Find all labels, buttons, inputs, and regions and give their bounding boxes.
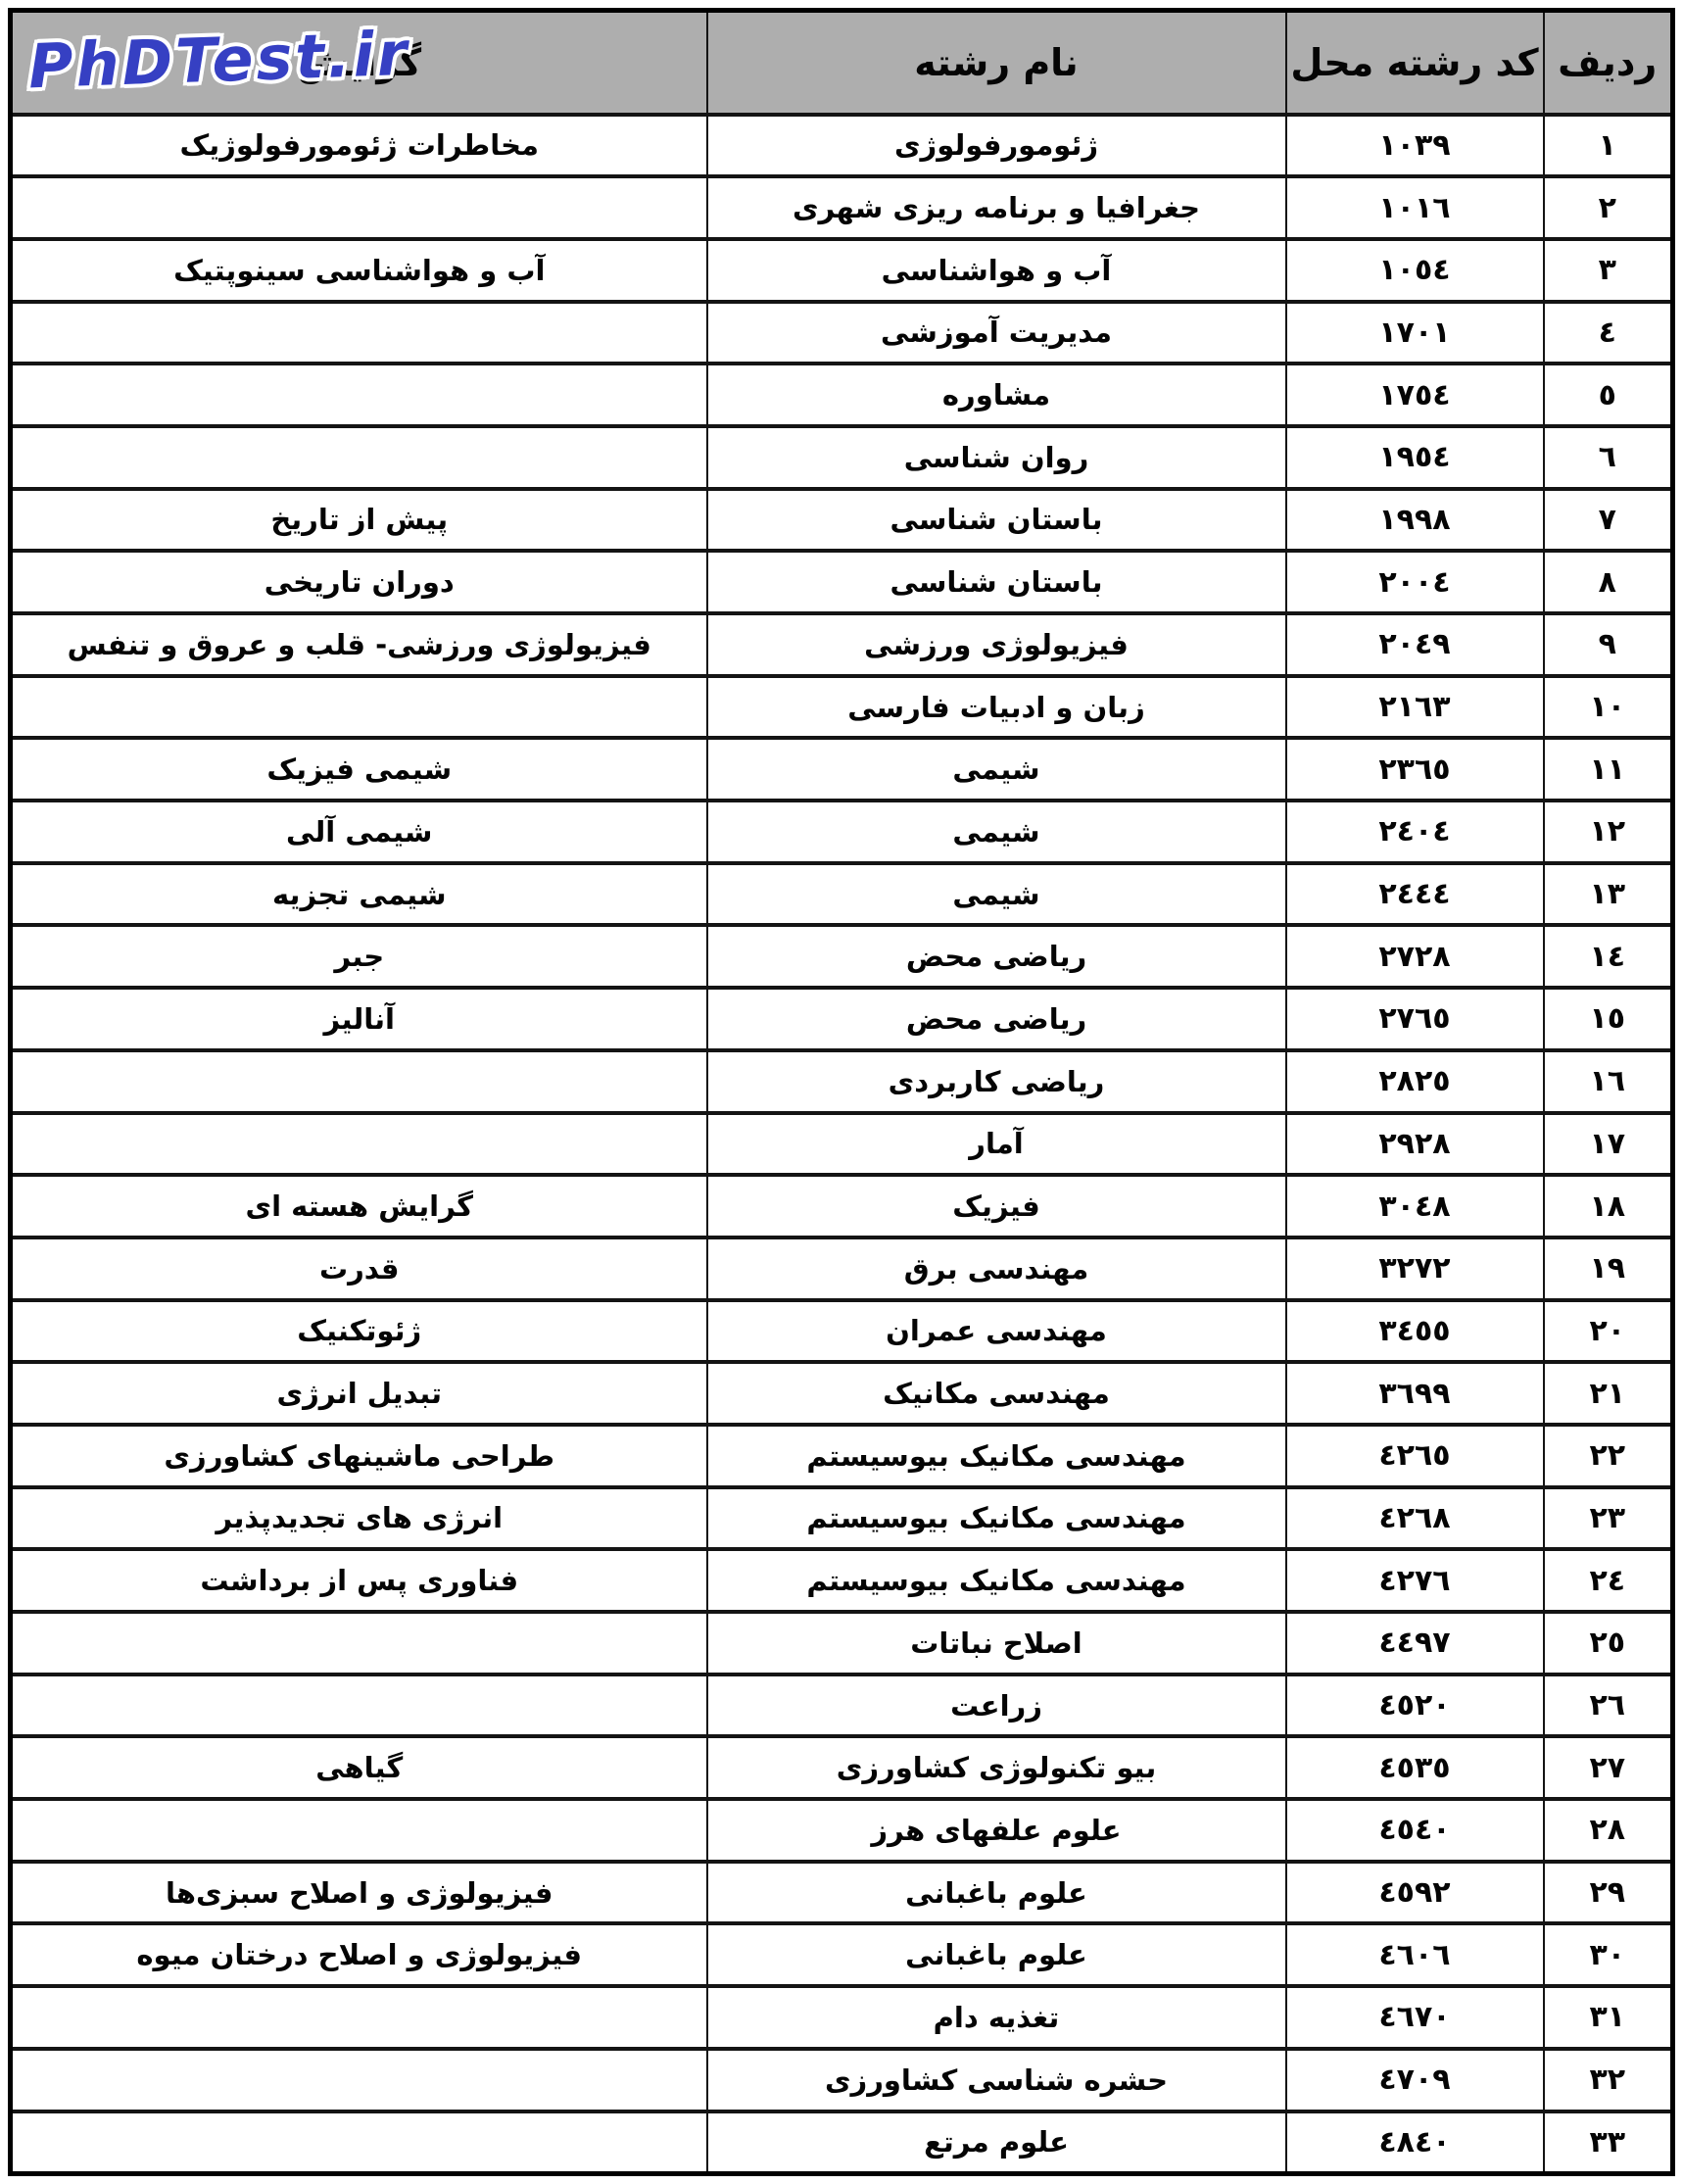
table-row: ٢٦ ٤٥٢٠ زراعت <box>11 1674 1673 1737</box>
cell-row-number: ١٤ <box>1544 925 1673 988</box>
cell-code: ٢١٦٣ <box>1286 676 1544 739</box>
cell-row-number: ١١ <box>1544 738 1673 801</box>
header-specialization: گرایش PhDTest.ir <box>11 11 707 115</box>
cell-specialization: فیزیولوژی و اصلاح سبزی‌ها <box>11 1862 707 1924</box>
table-row: ١٢ ٢٤٠٤ شیمی شیمی آلی <box>11 801 1673 863</box>
cell-field-name: علوم مرتع <box>707 2111 1286 2174</box>
table-row: ٢٩ ٤٥٩٢ علوم باغبانی فیزیولوژی و اصلاح س… <box>11 1862 1673 1924</box>
table-row: ٤ ١٧٠١ مدیریت آموزشی <box>11 302 1673 364</box>
cell-row-number: ١٢ <box>1544 801 1673 863</box>
cell-code: ٢٤٠٤ <box>1286 801 1544 863</box>
cell-field-name: ریاضی محض <box>707 925 1286 988</box>
table-row: ٢٤ ٤٢٧٦ مهندسی مکانیک بیوسیستم فناوری پس… <box>11 1549 1673 1612</box>
cell-specialization: قدرت <box>11 1238 707 1300</box>
table-row: ١٦ ٢٨٢٥ ریاضی کاربردی <box>11 1050 1673 1113</box>
cell-field-name: ژئومورفولوژی <box>707 115 1286 177</box>
table-row: ١٨ ٣٠٤٨ فیزیک گرایش هسته ای <box>11 1175 1673 1238</box>
cell-code: ٤٦٧٠ <box>1286 1986 1544 2049</box>
table-row: ٦ ١٩٥٤ روان شناسی <box>11 426 1673 489</box>
cell-code: ٢٧٦٥ <box>1286 988 1544 1050</box>
cell-specialization <box>11 1674 707 1737</box>
programs-table: ردیف کد رشته محل نام رشته گرایش PhDTest.… <box>8 8 1675 2176</box>
cell-specialization: فناوری پس از برداشت <box>11 1549 707 1612</box>
table-row: ١٤ ٢٧٢٨ ریاضی محض جبر <box>11 925 1673 988</box>
cell-specialization: شیمی آلی <box>11 801 707 863</box>
cell-code: ٢٩٢٨ <box>1286 1113 1544 1176</box>
cell-field-name: شیمی <box>707 863 1286 926</box>
table-row: ١٧ ٢٩٢٨ آمار <box>11 1113 1673 1176</box>
cell-row-number: ١٣ <box>1544 863 1673 926</box>
cell-specialization <box>11 176 707 239</box>
cell-specialization: فیزیولوژی و اصلاح درختان میوه <box>11 1923 707 1986</box>
document-page: ردیف کد رشته محل نام رشته گرایش PhDTest.… <box>0 0 1683 2184</box>
cell-field-name: شیمی <box>707 738 1286 801</box>
cell-code: ١٠٥٤ <box>1286 239 1544 302</box>
cell-field-name: تغذیه دام <box>707 1986 1286 2049</box>
cell-code: ١٠١٦ <box>1286 176 1544 239</box>
cell-code: ٤٥٩٢ <box>1286 1862 1544 1924</box>
cell-code: ١٧٠١ <box>1286 302 1544 364</box>
cell-row-number: ٧ <box>1544 489 1673 552</box>
cell-field-name: فیزیولوژی ورزشی <box>707 613 1286 676</box>
table-row: ٢٣ ٤٢٦٨ مهندسی مکانیک بیوسیستم انرژی های… <box>11 1487 1673 1550</box>
cell-row-number: ٦ <box>1544 426 1673 489</box>
cell-field-name: اصلاح نباتات <box>707 1612 1286 1674</box>
cell-code: ٢٣٦٥ <box>1286 738 1544 801</box>
cell-field-name: علوم باغبانی <box>707 1862 1286 1924</box>
table-row: ٢٢ ٤٢٦٥ مهندسی مکانیک بیوسیستم طراحی ماش… <box>11 1425 1673 1487</box>
table-row: ٣٣ ٤٨٤٠ علوم مرتع <box>11 2111 1673 2174</box>
cell-specialization <box>11 426 707 489</box>
cell-row-number: ٢١ <box>1544 1362 1673 1425</box>
table-row: ٥ ١٧٥٤ مشاوره <box>11 364 1673 426</box>
cell-row-number: ٢٠ <box>1544 1300 1673 1363</box>
cell-row-number: ٢٧ <box>1544 1736 1673 1799</box>
cell-code: ٣٢٧٢ <box>1286 1238 1544 1300</box>
cell-row-number: ٢٦ <box>1544 1674 1673 1737</box>
cell-specialization <box>11 1113 707 1176</box>
table-row: ١٣ ٢٤٤٤ شیمی شیمی تجزیه <box>11 863 1673 926</box>
cell-row-number: ٢٢ <box>1544 1425 1673 1487</box>
cell-specialization <box>11 1799 707 1862</box>
cell-specialization: گیاهی <box>11 1736 707 1799</box>
cell-code: ٤٤٩٧ <box>1286 1612 1544 1674</box>
cell-row-number: ١٥ <box>1544 988 1673 1050</box>
table-row: ١ ١٠٣٩ ژئومورفولوژی مخاطرات ژئومورفولوژی… <box>11 115 1673 177</box>
cell-field-name: زراعت <box>707 1674 1286 1737</box>
cell-specialization: شیمی تجزیه <box>11 863 707 926</box>
cell-row-number: ٢ <box>1544 176 1673 239</box>
cell-field-name: باستان شناسی <box>707 551 1286 613</box>
cell-code: ١٠٣٩ <box>1286 115 1544 177</box>
table-body: ١ ١٠٣٩ ژئومورفولوژی مخاطرات ژئومورفولوژی… <box>11 115 1673 2174</box>
cell-specialization: آب و هواشناسی سینوپتیک <box>11 239 707 302</box>
table-row: ٢ ١٠١٦ جغرافیا و برنامه ریزی شهری <box>11 176 1673 239</box>
cell-row-number: ٢٤ <box>1544 1549 1673 1612</box>
table-row: ٢٥ ٤٤٩٧ اصلاح نباتات <box>11 1612 1673 1674</box>
cell-specialization <box>11 1050 707 1113</box>
cell-field-name: مدیریت آموزشی <box>707 302 1286 364</box>
cell-specialization: پیش از تاریخ <box>11 489 707 552</box>
cell-field-name: مهندسی مکانیک بیوسیستم <box>707 1425 1286 1487</box>
cell-field-name: مشاوره <box>707 364 1286 426</box>
cell-field-name: علوم باغبانی <box>707 1923 1286 1986</box>
cell-row-number: ٢٩ <box>1544 1862 1673 1924</box>
cell-specialization: ژئوتکنیک <box>11 1300 707 1363</box>
table-row: ٣٠ ٤٦٠٦ علوم باغبانی فیزیولوژی و اصلاح د… <box>11 1923 1673 1986</box>
cell-code: ٢٨٢٥ <box>1286 1050 1544 1113</box>
cell-code: ٤٧٠٩ <box>1286 2049 1544 2111</box>
cell-code: ٢٧٢٨ <box>1286 925 1544 988</box>
cell-row-number: ٣٢ <box>1544 2049 1673 2111</box>
cell-field-name: ریاضی محض <box>707 988 1286 1050</box>
cell-code: ٤٢٦٥ <box>1286 1425 1544 1487</box>
cell-code: ١٩٥٤ <box>1286 426 1544 489</box>
cell-specialization: دوران تاریخی <box>11 551 707 613</box>
cell-specialization: گرایش هسته ای <box>11 1175 707 1238</box>
cell-field-name: فیزیک <box>707 1175 1286 1238</box>
cell-specialization: فیزیولوژی ورزشی- قلب و عروق و تنفس <box>11 613 707 676</box>
cell-row-number: ١ <box>1544 115 1673 177</box>
cell-code: ٤٥٣٥ <box>1286 1736 1544 1799</box>
table-row: ٢١ ٣٦٩٩ مهندسی مکانیک تبدیل انرژی <box>11 1362 1673 1425</box>
cell-code: ١٩٩٨ <box>1286 489 1544 552</box>
cell-row-number: ١٠ <box>1544 676 1673 739</box>
cell-row-number: ٣٠ <box>1544 1923 1673 1986</box>
cell-code: ١٧٥٤ <box>1286 364 1544 426</box>
cell-row-number: ٣ <box>1544 239 1673 302</box>
table-row: ٩ ٢٠٤٩ فیزیولوژی ورزشی فیزیولوژی ورزشی- … <box>11 613 1673 676</box>
cell-code: ٣٠٤٨ <box>1286 1175 1544 1238</box>
cell-code: ٣٦٩٩ <box>1286 1362 1544 1425</box>
table-row: ٧ ١٩٩٨ باستان شناسی پیش از تاریخ <box>11 489 1673 552</box>
cell-code: ٤٦٠٦ <box>1286 1923 1544 1986</box>
cell-specialization: جبر <box>11 925 707 988</box>
table-row: ٣١ ٤٦٧٠ تغذیه دام <box>11 1986 1673 2049</box>
table-row: ١٥ ٢٧٦٥ ریاضی محض آنالیز <box>11 988 1673 1050</box>
cell-row-number: ١٦ <box>1544 1050 1673 1113</box>
cell-field-name: زبان و ادبیات فارسی <box>707 676 1286 739</box>
cell-specialization: مخاطرات ژئومورفولوژیک <box>11 115 707 177</box>
cell-field-name: جغرافیا و برنامه ریزی شهری <box>707 176 1286 239</box>
cell-field-name: علوم علفهای هرز <box>707 1799 1286 1862</box>
table-row: ١٩ ٣٢٧٢ مهندسی برق قدرت <box>11 1238 1673 1300</box>
cell-field-name: مهندسی عمران <box>707 1300 1286 1363</box>
cell-code: ٤٥٢٠ <box>1286 1674 1544 1737</box>
table-row: ١٠ ٢١٦٣ زبان و ادبیات فارسی <box>11 676 1673 739</box>
cell-specialization: تبدیل انرژی <box>11 1362 707 1425</box>
cell-field-name: بیو تکنولوژی کشاورزی <box>707 1736 1286 1799</box>
header-field-name: نام رشته <box>707 11 1286 115</box>
table-row: ٢٨ ٤٥٤٠ علوم علفهای هرز <box>11 1799 1673 1862</box>
cell-row-number: ١٧ <box>1544 1113 1673 1176</box>
cell-field-name: حشره شناسی کشاورزی <box>707 2049 1286 2111</box>
header-code: کد رشته محل <box>1286 11 1544 115</box>
cell-specialization <box>11 1612 707 1674</box>
header-row-number: ردیف <box>1544 11 1673 115</box>
cell-code: ٤٥٤٠ <box>1286 1799 1544 1862</box>
cell-row-number: ١٩ <box>1544 1238 1673 1300</box>
cell-code: ٢٠٠٤ <box>1286 551 1544 613</box>
cell-row-number: ٥ <box>1544 364 1673 426</box>
cell-row-number: ٤ <box>1544 302 1673 364</box>
table-row: ٢٠ ٣٤٥٥ مهندسی عمران ژئوتکنیک <box>11 1300 1673 1363</box>
header-row: ردیف کد رشته محل نام رشته گرایش PhDTest.… <box>11 11 1673 115</box>
cell-specialization: طراحی ماشینهای کشاورزی <box>11 1425 707 1487</box>
cell-field-name: مهندسی مکانیک بیوسیستم <box>707 1549 1286 1612</box>
cell-code: ٢٠٤٩ <box>1286 613 1544 676</box>
cell-field-name: باستان شناسی <box>707 489 1286 552</box>
cell-field-name: مهندسی مکانیک بیوسیستم <box>707 1487 1286 1550</box>
cell-field-name: آب و هواشناسی <box>707 239 1286 302</box>
cell-field-name: شیمی <box>707 801 1286 863</box>
cell-specialization <box>11 2111 707 2174</box>
cell-row-number: ٢٥ <box>1544 1612 1673 1674</box>
cell-row-number: ٢٣ <box>1544 1487 1673 1550</box>
table-row: ٨ ٢٠٠٤ باستان شناسی دوران تاریخی <box>11 551 1673 613</box>
cell-code: ٣٤٥٥ <box>1286 1300 1544 1363</box>
table-row: ١١ ٢٣٦٥ شیمی شیمی فیزیک <box>11 738 1673 801</box>
cell-row-number: ٩ <box>1544 613 1673 676</box>
table-row: ٢٧ ٤٥٣٥ بیو تکنولوژی کشاورزی گیاهی <box>11 1736 1673 1799</box>
cell-code: ٤٨٤٠ <box>1286 2111 1544 2174</box>
cell-specialization <box>11 302 707 364</box>
phdtest-logo: PhDTest.ir <box>27 18 411 103</box>
cell-row-number: ٨ <box>1544 551 1673 613</box>
cell-row-number: ٣١ <box>1544 1986 1673 2049</box>
cell-row-number: ٣٣ <box>1544 2111 1673 2174</box>
cell-code: ٢٤٤٤ <box>1286 863 1544 926</box>
cell-specialization: آنالیز <box>11 988 707 1050</box>
cell-field-name: آمار <box>707 1113 1286 1176</box>
cell-code: ٤٢٧٦ <box>1286 1549 1544 1612</box>
cell-field-name: مهندسی برق <box>707 1238 1286 1300</box>
cell-row-number: ١٨ <box>1544 1175 1673 1238</box>
table-row: ٣٢ ٤٧٠٩ حشره شناسی کشاورزی <box>11 2049 1673 2111</box>
cell-specialization <box>11 364 707 426</box>
cell-specialization: انرژی های تجدیدپذیر <box>11 1487 707 1550</box>
cell-code: ٤٢٦٨ <box>1286 1487 1544 1550</box>
cell-row-number: ٢٨ <box>1544 1799 1673 1862</box>
cell-specialization: شیمی فیزیک <box>11 738 707 801</box>
cell-field-name: مهندسی مکانیک <box>707 1362 1286 1425</box>
cell-specialization <box>11 1986 707 2049</box>
cell-field-name: روان شناسی <box>707 426 1286 489</box>
cell-specialization <box>11 2049 707 2111</box>
table-row: ٣ ١٠٥٤ آب و هواشناسی آب و هواشناسی سینوپ… <box>11 239 1673 302</box>
cell-specialization <box>11 676 707 739</box>
cell-field-name: ریاضی کاربردی <box>707 1050 1286 1113</box>
